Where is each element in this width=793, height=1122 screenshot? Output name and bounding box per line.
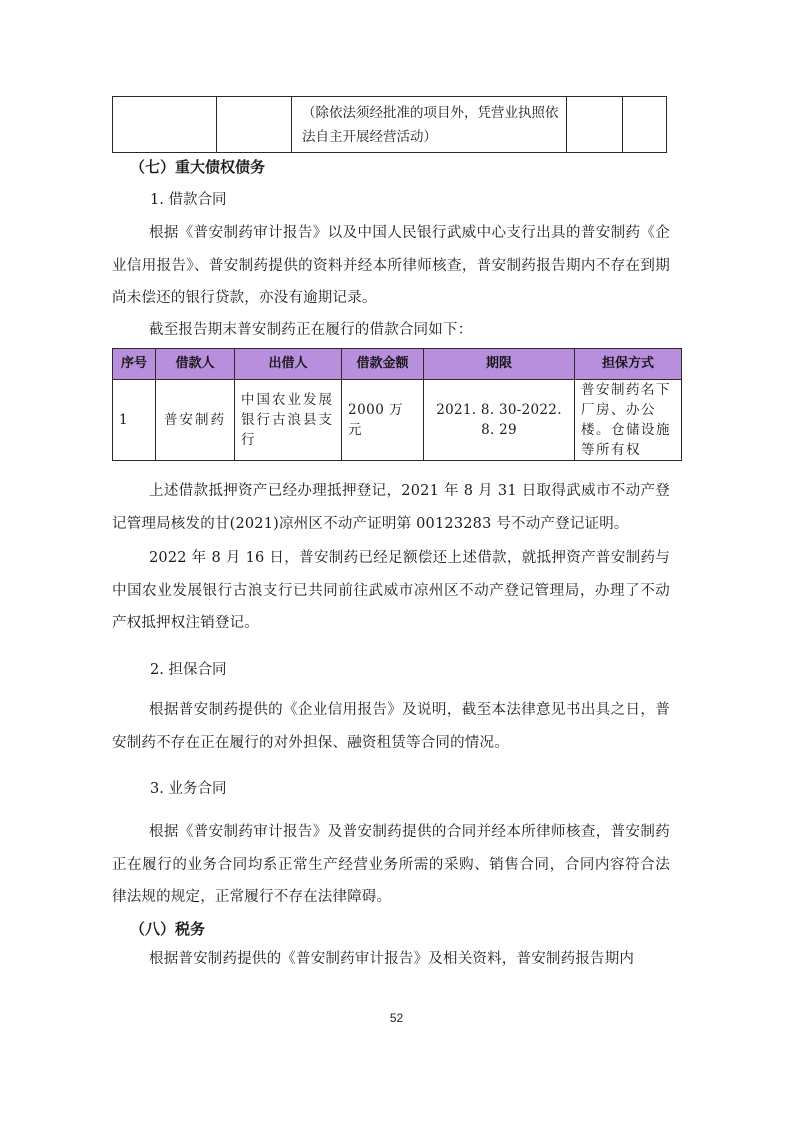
column-header-guarantee: 担保方式 [575,349,682,380]
cell-lender: 中国农业发展银行古浪县支行 [235,380,342,461]
column-header-term: 期限 [424,349,575,380]
column-header-amount: 借款金额 [342,349,424,380]
table-header-row: 序号 借款人 出借人 借款金额 期限 担保方式 [113,349,682,380]
document-page: （除依法须经批准的项目外，凭营业执照依法自主开展经营活动） （七）重大债权债务 … [0,0,793,1122]
table-row: 1 普安制药 中国农业发展银行古浪县支行 2000 万元 2021. 8. 30… [113,380,682,461]
business-scope-cell: （除依法须经批准的项目外，凭营业执照依法自主开展经营活动） [292,97,567,153]
paragraph-business-contracts: 根据《普安制药审计报告》及普安制药提供的合同并经本所律师核查，普安制药正在履行的… [112,816,670,914]
paragraph-loan-repayment: 2022 年 8 月 16 日，普安制药已经足额偿还上述借款，就抵押资产普安制药… [112,542,670,640]
paragraph-mortgage-registration: 上述借款抵押资产已经办理抵押登记，2021 年 8 月 31 日取得武威市不动产… [112,475,670,540]
table-cell [217,97,292,153]
table-row: （除依法须经批准的项目外，凭营业执照依法自主开展经营活动） [113,97,667,153]
cell-borrower: 普安制药 [156,380,235,461]
cell-amount: 2000 万元 [342,380,424,461]
paragraph-loan-overview: 根据《普安制药审计报告》以及中国人民银行武威中心支行出具的普安制药《企业信用报告… [112,217,670,315]
table-cell [113,97,217,153]
paragraph-loan-intro: 截至报告期末普安制药正在履行的借款合同如下： [112,314,670,347]
column-header-borrower: 借款人 [156,349,235,380]
loan-contracts-table: 序号 借款人 出借人 借款金额 期限 担保方式 1 普安制药 中国农业发展银行古… [112,348,682,461]
subsection-heading-loan-contracts: 1. 借款合同 [150,188,226,209]
section-heading-major-claims-debts: （七）重大债权债务 [130,156,265,177]
paragraph-taxation: 根据普安制药提供的《普安制药审计报告》及相关资料，普安制药报告期内 [112,943,670,976]
column-header-lender: 出借人 [235,349,342,380]
subsection-heading-guarantee-contracts: 2. 担保合同 [150,658,226,679]
table-cell [567,97,623,153]
page-number: 52 [0,1011,793,1025]
section-heading-taxation: （八）税务 [130,918,205,939]
column-header-no: 序号 [113,349,156,380]
subsection-heading-business-contracts: 3. 业务合同 [150,777,226,798]
cell-no: 1 [113,380,156,461]
table-cell [623,97,667,153]
cell-guarantee: 普安制药名下厂房、办公楼。仓储设施等所有权 [575,380,682,461]
business-scope-table-continuation: （除依法须经批准的项目外，凭营业执照依法自主开展经营活动） [112,96,667,153]
paragraph-guarantee: 根据普安制药提供的《企业信用报告》及说明，截至本法律意见书出具之日，普安制药不存… [112,694,670,759]
cell-term: 2021. 8. 30-2022. 8. 29 [424,380,575,461]
